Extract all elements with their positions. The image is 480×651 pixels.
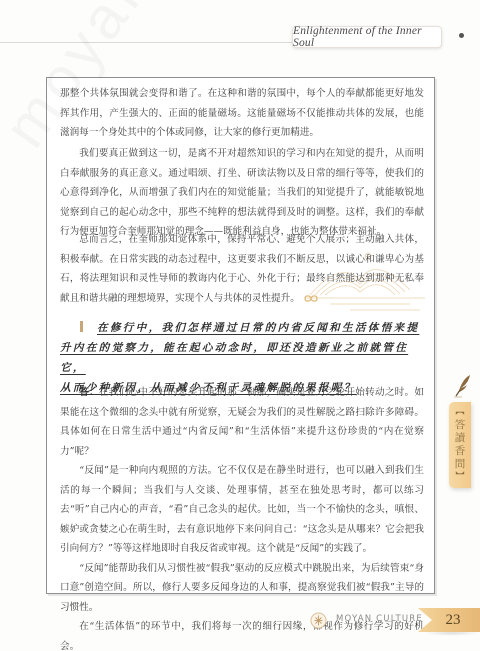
quill-pen-icon (452, 372, 474, 398)
body-paragraph-3: 总而言之，在奎师那知觉体系中，保持平常心、避免个人展示；主动融入共体，积极奉献。… (60, 230, 424, 308)
paragraph-text: 总而言之，在奎师那知觉体系中，保持平常心、避免个人展示；主动融入共体，积极奉献。… (60, 234, 424, 304)
answer-label: 答： (79, 387, 99, 398)
tab-char: 問 (455, 458, 466, 471)
footer-brand: MOYAN CULTURE (336, 614, 423, 624)
moyan-logo-icon (310, 612, 327, 629)
tab-bracket-close: ︼ (455, 471, 464, 484)
page-number: 23 (418, 608, 480, 632)
paragraph-text: 我们要真正做到这一切，是离不开对超然知识的学习和内在知觉的提升，从而明白奉献服务… (60, 144, 424, 242)
body-paragraph-2: 我们要真正做到这一切，是离不开对超然知识的学习和内在知觉的提升，从而明白奉献服务… (60, 144, 424, 242)
tab-char: 答 (455, 419, 466, 432)
body-paragraph-1: 那整个共体氛围就会变得和谐了。在这种和谐的氛围中，每个人的奉献都能更好地发挥其作… (60, 84, 424, 143)
tab-char: 香 (455, 445, 466, 458)
knot-ornament-icon (303, 294, 319, 303)
answer-block: 答：在我们心中不好的念头升起的那一刹那，确实是业力之轮开始转动之时。如果能在这个… (60, 383, 424, 651)
question-line-2: 升内在的觉察力，能在起心动念时，即还没造新业之前就管住它， (60, 338, 424, 378)
paragraph-text: 那整个共体氛围就会变得和谐了。在这种和谐的氛围中，每个人的奉献都能更好地发挥其作… (60, 84, 424, 143)
tab-bracket-open: ︻ (455, 406, 464, 419)
section-tab-qa[interactable]: ︻ 答 讀 香 問 ︼ (449, 402, 471, 488)
question-marker (80, 321, 83, 332)
running-header-title: Enlightenment of the Inner Soul (292, 26, 442, 48)
answer-paragraph: “反闻”能帮助我们从习惯性被“假我”驱动的反应模式中跳脱出来，为后续管束“身口意… (60, 559, 424, 618)
question-line-1: 在修行中，我们怎样通过日常的内省反闻和生活体悟来提 (60, 318, 424, 338)
header-dot (459, 33, 464, 38)
answer-paragraph: “反闻”是一种向内观照的方法。它不仅仅是在静坐时进行，也可以融入到我们生活的每一… (60, 461, 424, 559)
answer-text: 在我们心中不好的念头升起的那一刹那，确实是业力之轮开始转动之时。如果能在这个微细… (60, 387, 424, 457)
tab-char: 讀 (455, 432, 466, 445)
